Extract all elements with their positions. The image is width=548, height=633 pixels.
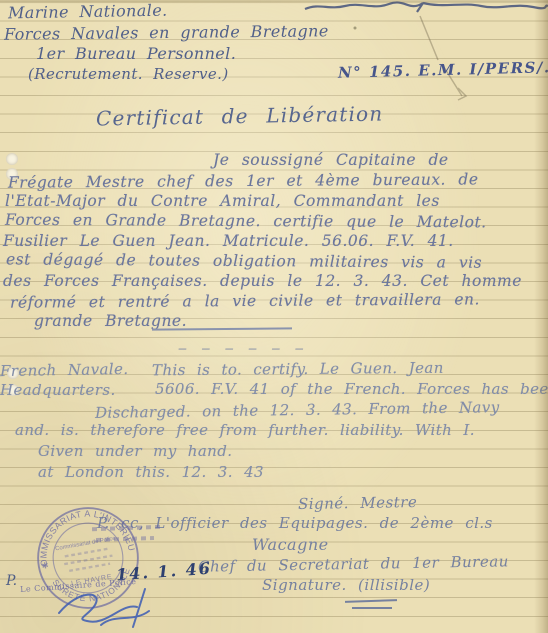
paper-right-edge-shadow	[534, 0, 548, 633]
english-body-line: Discharged. on the 12. 3. 43. From the N…	[95, 398, 500, 422]
english-body-line: at London this. 12. 3. 43	[38, 463, 264, 481]
english-body-line: and. is. therefore free from further. li…	[15, 421, 475, 439]
french-body-line: l'Etat-Major du Contre Amiral, Commandan…	[5, 192, 440, 210]
underline-stroke	[345, 599, 397, 602]
french-body-line: grande Bretagne.	[34, 312, 187, 330]
pen-stroke	[152, 327, 292, 330]
english-body-line: 5606. F.V. 41 of the French. Forces has …	[155, 380, 548, 398]
header-line-forces-navales: Forces Navales en grande Bretagne	[4, 21, 329, 43]
pencil-marks	[400, 8, 480, 108]
french-body-line: est dégagé de toutes obligation militair…	[6, 250, 482, 271]
french-body-line: des Forces Françaises. depuis le 12. 3. …	[3, 272, 522, 290]
english-body-line: This is to. certify. Le Guen. Jean	[152, 359, 444, 380]
stamp-arc-top-text: COMMISSARIAT A L'INTÉRIEUR	[9, 478, 137, 570]
english-margin-line: Headquarters.	[0, 381, 116, 399]
english-body-line: Given under my hand.	[38, 442, 232, 460]
french-body-line: réformé et rentré a la vie civile et tra…	[10, 290, 480, 311]
french-body-line: Je soussigné Capitaine de	[213, 151, 449, 169]
officer-name: Wacagne	[252, 535, 329, 554]
document-title: Certificat de Libération	[96, 101, 384, 130]
punch-hole	[6, 153, 18, 165]
dashed-separator: ‒ ‒ ‒ ‒ ‒ ‒	[178, 341, 309, 357]
signed-line: Signé. Mestre	[298, 493, 418, 513]
french-body-line: Frégate Mestre chef des 1er et 4ème bure…	[8, 170, 479, 191]
header-line-recrutement: (Recrutement. Reserve.)	[28, 65, 229, 83]
header-line-bureau: 1er Bureau Personnel.	[36, 44, 236, 63]
french-body-line: Forces en Grande Bretagne. certifie que …	[5, 211, 487, 232]
stamp-inner-illegible-lines	[63, 548, 114, 571]
blue-ink-signature	[45, 583, 175, 631]
reference-number: N° 145. E.M. I/PERS/.	[338, 58, 548, 82]
underline-stroke	[352, 607, 392, 609]
paper-top-edge-shadow	[0, 0, 548, 4]
margin-initial: P.	[6, 573, 17, 589]
pcc-officer-line: P. cc, L'officier des Equipages. de 2ème…	[97, 514, 493, 532]
officer-role: Chef du Secretariat du 1er Bureau	[198, 552, 509, 575]
svg-text:COMMISSARIAT A L'INTÉRIEUR: COMMISSARIAT A L'INTÉRIEUR	[9, 478, 137, 570]
scanned-document: Marine Nationale. Forces Navales en gran…	[0, 0, 548, 633]
english-margin-line: French Navale.	[0, 360, 129, 380]
french-body-line: Fusilier Le Guen Jean. Matricule. 56.06.…	[3, 232, 454, 250]
signature-note: Signature. (illisible)	[262, 576, 430, 594]
